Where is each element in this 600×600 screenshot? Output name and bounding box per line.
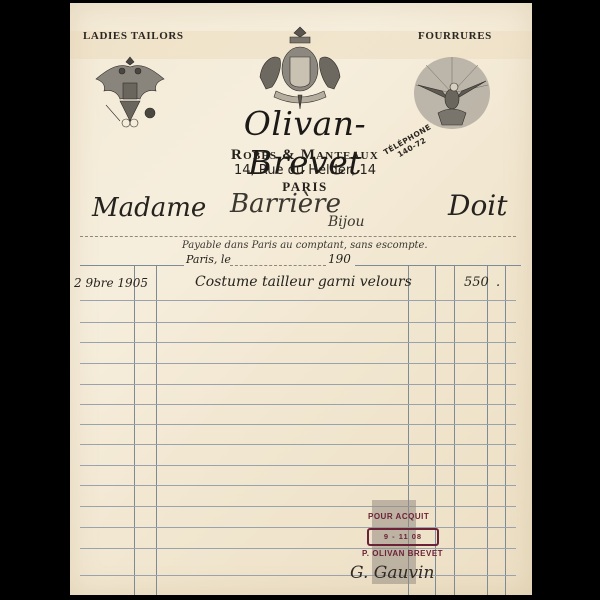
customer-name: Barrière <box>230 189 341 219</box>
ledger-row-rule <box>80 575 516 576</box>
fourrures-label: FOURRURES <box>418 30 492 42</box>
ledger-row-rule <box>80 342 516 343</box>
company-address: 14, Rue du Helder, 14 <box>200 163 410 178</box>
addressee-dotted-line <box>80 236 516 237</box>
date-line-prefix: Paris, le <box>186 253 231 266</box>
invoice-paper: LADIES TAILORS FOURRURES <box>70 3 532 595</box>
date-line-rule-right <box>355 265 521 266</box>
eagle-sunburst-icon <box>412 55 492 133</box>
ledger-row-rule <box>80 404 516 405</box>
double-headed-eagle-icon <box>90 49 170 133</box>
salutation: Madame <box>92 193 206 223</box>
royal-coat-of-arms-icon <box>254 25 346 111</box>
ledger-row-rule <box>80 444 516 445</box>
ledger-row-date: 2 9bre 1905 <box>74 276 148 290</box>
ledger-row-rule <box>80 527 516 528</box>
ledger-row-description: Costume tailleur garni velours <box>195 274 412 290</box>
ledger-row-cents: . <box>496 275 500 290</box>
ledger-row-rule <box>80 506 516 507</box>
stamp-company: P. OLIVAN BREVET <box>362 549 443 558</box>
ledger-row-rule <box>80 300 516 301</box>
date-line-rule-left <box>80 265 184 266</box>
ledger-col-divider <box>156 265 157 595</box>
ledger-row-rule <box>80 485 516 486</box>
ledger-row-rule <box>80 384 516 385</box>
ladies-tailors-label: LADIES TAILORS <box>83 30 184 42</box>
signature: G. Gauvin <box>350 563 434 583</box>
ledger-row-amount: 550 <box>464 275 489 290</box>
doit-label: Doit <box>448 189 508 222</box>
ledger-row-rule <box>80 424 516 425</box>
stamp-pour-acquit: POUR ACQUIT <box>368 512 429 521</box>
ledger-col-divider <box>454 265 455 595</box>
date-line-dots <box>230 265 326 266</box>
payment-terms: Payable dans Paris au comptant, sans esc… <box>182 240 428 251</box>
date-line-year: 190 <box>328 252 351 266</box>
ledger-row-rule <box>80 465 516 466</box>
ledger-col-divider <box>505 265 506 595</box>
handwritten-note: Bijou <box>328 214 365 230</box>
ledger-row-rule <box>80 548 516 549</box>
ledger-col-divider <box>487 265 488 595</box>
ledger-col-divider <box>134 265 135 595</box>
ledger-row-rule <box>80 322 516 323</box>
company-subtitle: Robes & Manteaux <box>200 147 410 164</box>
stamp-date: 9 - 11 08 <box>367 528 439 546</box>
ledger-row-rule <box>80 363 516 364</box>
